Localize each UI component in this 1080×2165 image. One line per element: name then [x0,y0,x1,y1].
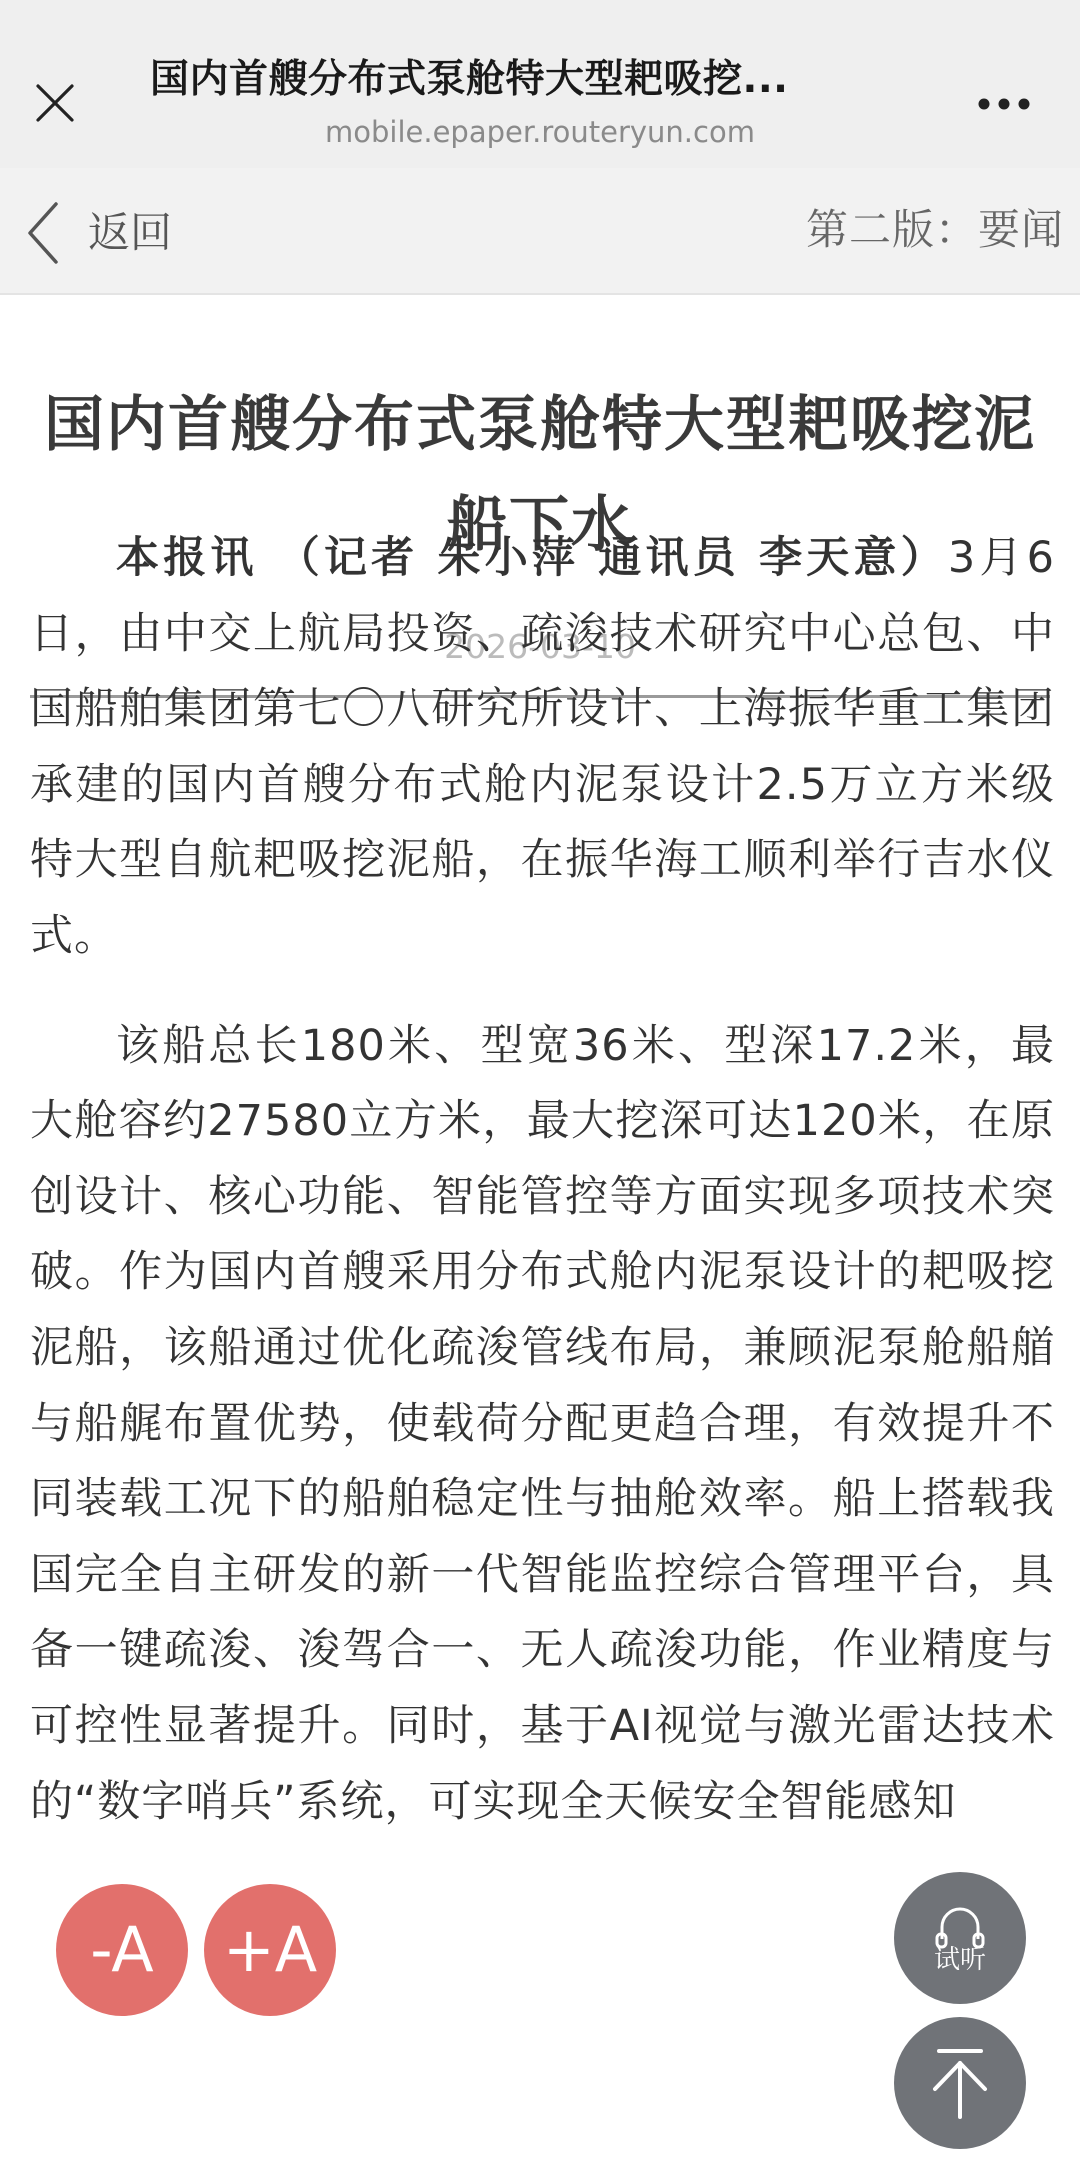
back-to-top-button[interactable] [894,2017,1026,2149]
font-decrease-button[interactable]: -A [56,1884,188,2016]
more-menu-button[interactable] [972,84,1036,124]
page-title: 国内首艘分布式泵舱特大型耙吸挖... [150,52,890,108]
article-nav-bar: 返回 第二版：要闻 [0,168,1080,295]
more-dots-icon [972,84,1036,124]
byline: 本报讯 （记者 朱小萍 通讯员 李天意） [116,533,948,583]
edition-label: 第二版：要闻 [806,200,1064,260]
article-paragraph: 本报讯 （记者 朱小萍 通讯员 李天意）3月6日，由中交上航局投资、疏浚技术研究… [30,521,1055,975]
arrow-up-to-top-icon [925,2043,995,2123]
font-decrease-label: -A [90,1919,153,1981]
back-button[interactable]: 返回 [22,198,172,268]
headphones-icon [930,1901,990,1951]
page-url: mobile.epaper.routeryun.com [0,112,1080,152]
font-increase-button[interactable]: +A [204,1884,336,2016]
listen-label: 试听 [934,1945,986,1975]
paragraph-text: 3月6日，由中交上航局投资、疏浚技术研究中心总包、中国船舶集团第七〇八研究所设计… [30,533,1055,961]
chevron-left-icon [22,200,66,266]
article-body: 本报讯 （记者 朱小萍 通讯员 李天意）3月6日，由中交上航局投资、疏浚技术研究… [30,521,1055,1874]
article-paragraph: 该船总长180米、型宽36米、型深17.2米，最大舱容约27580立方米，最大挖… [30,1009,1055,1841]
listen-button[interactable]: 试听 [894,1872,1026,2004]
browser-header: 国内首艘分布式泵舱特大型耙吸挖... mobile.epaper.routery… [0,0,1080,168]
font-increase-label: +A [223,1919,317,1981]
back-label: 返回 [88,203,172,263]
paragraph-text: 该船总长180米、型宽36米、型深17.2米，最大舱容约27580立方米，最大挖… [30,1021,1055,1827]
